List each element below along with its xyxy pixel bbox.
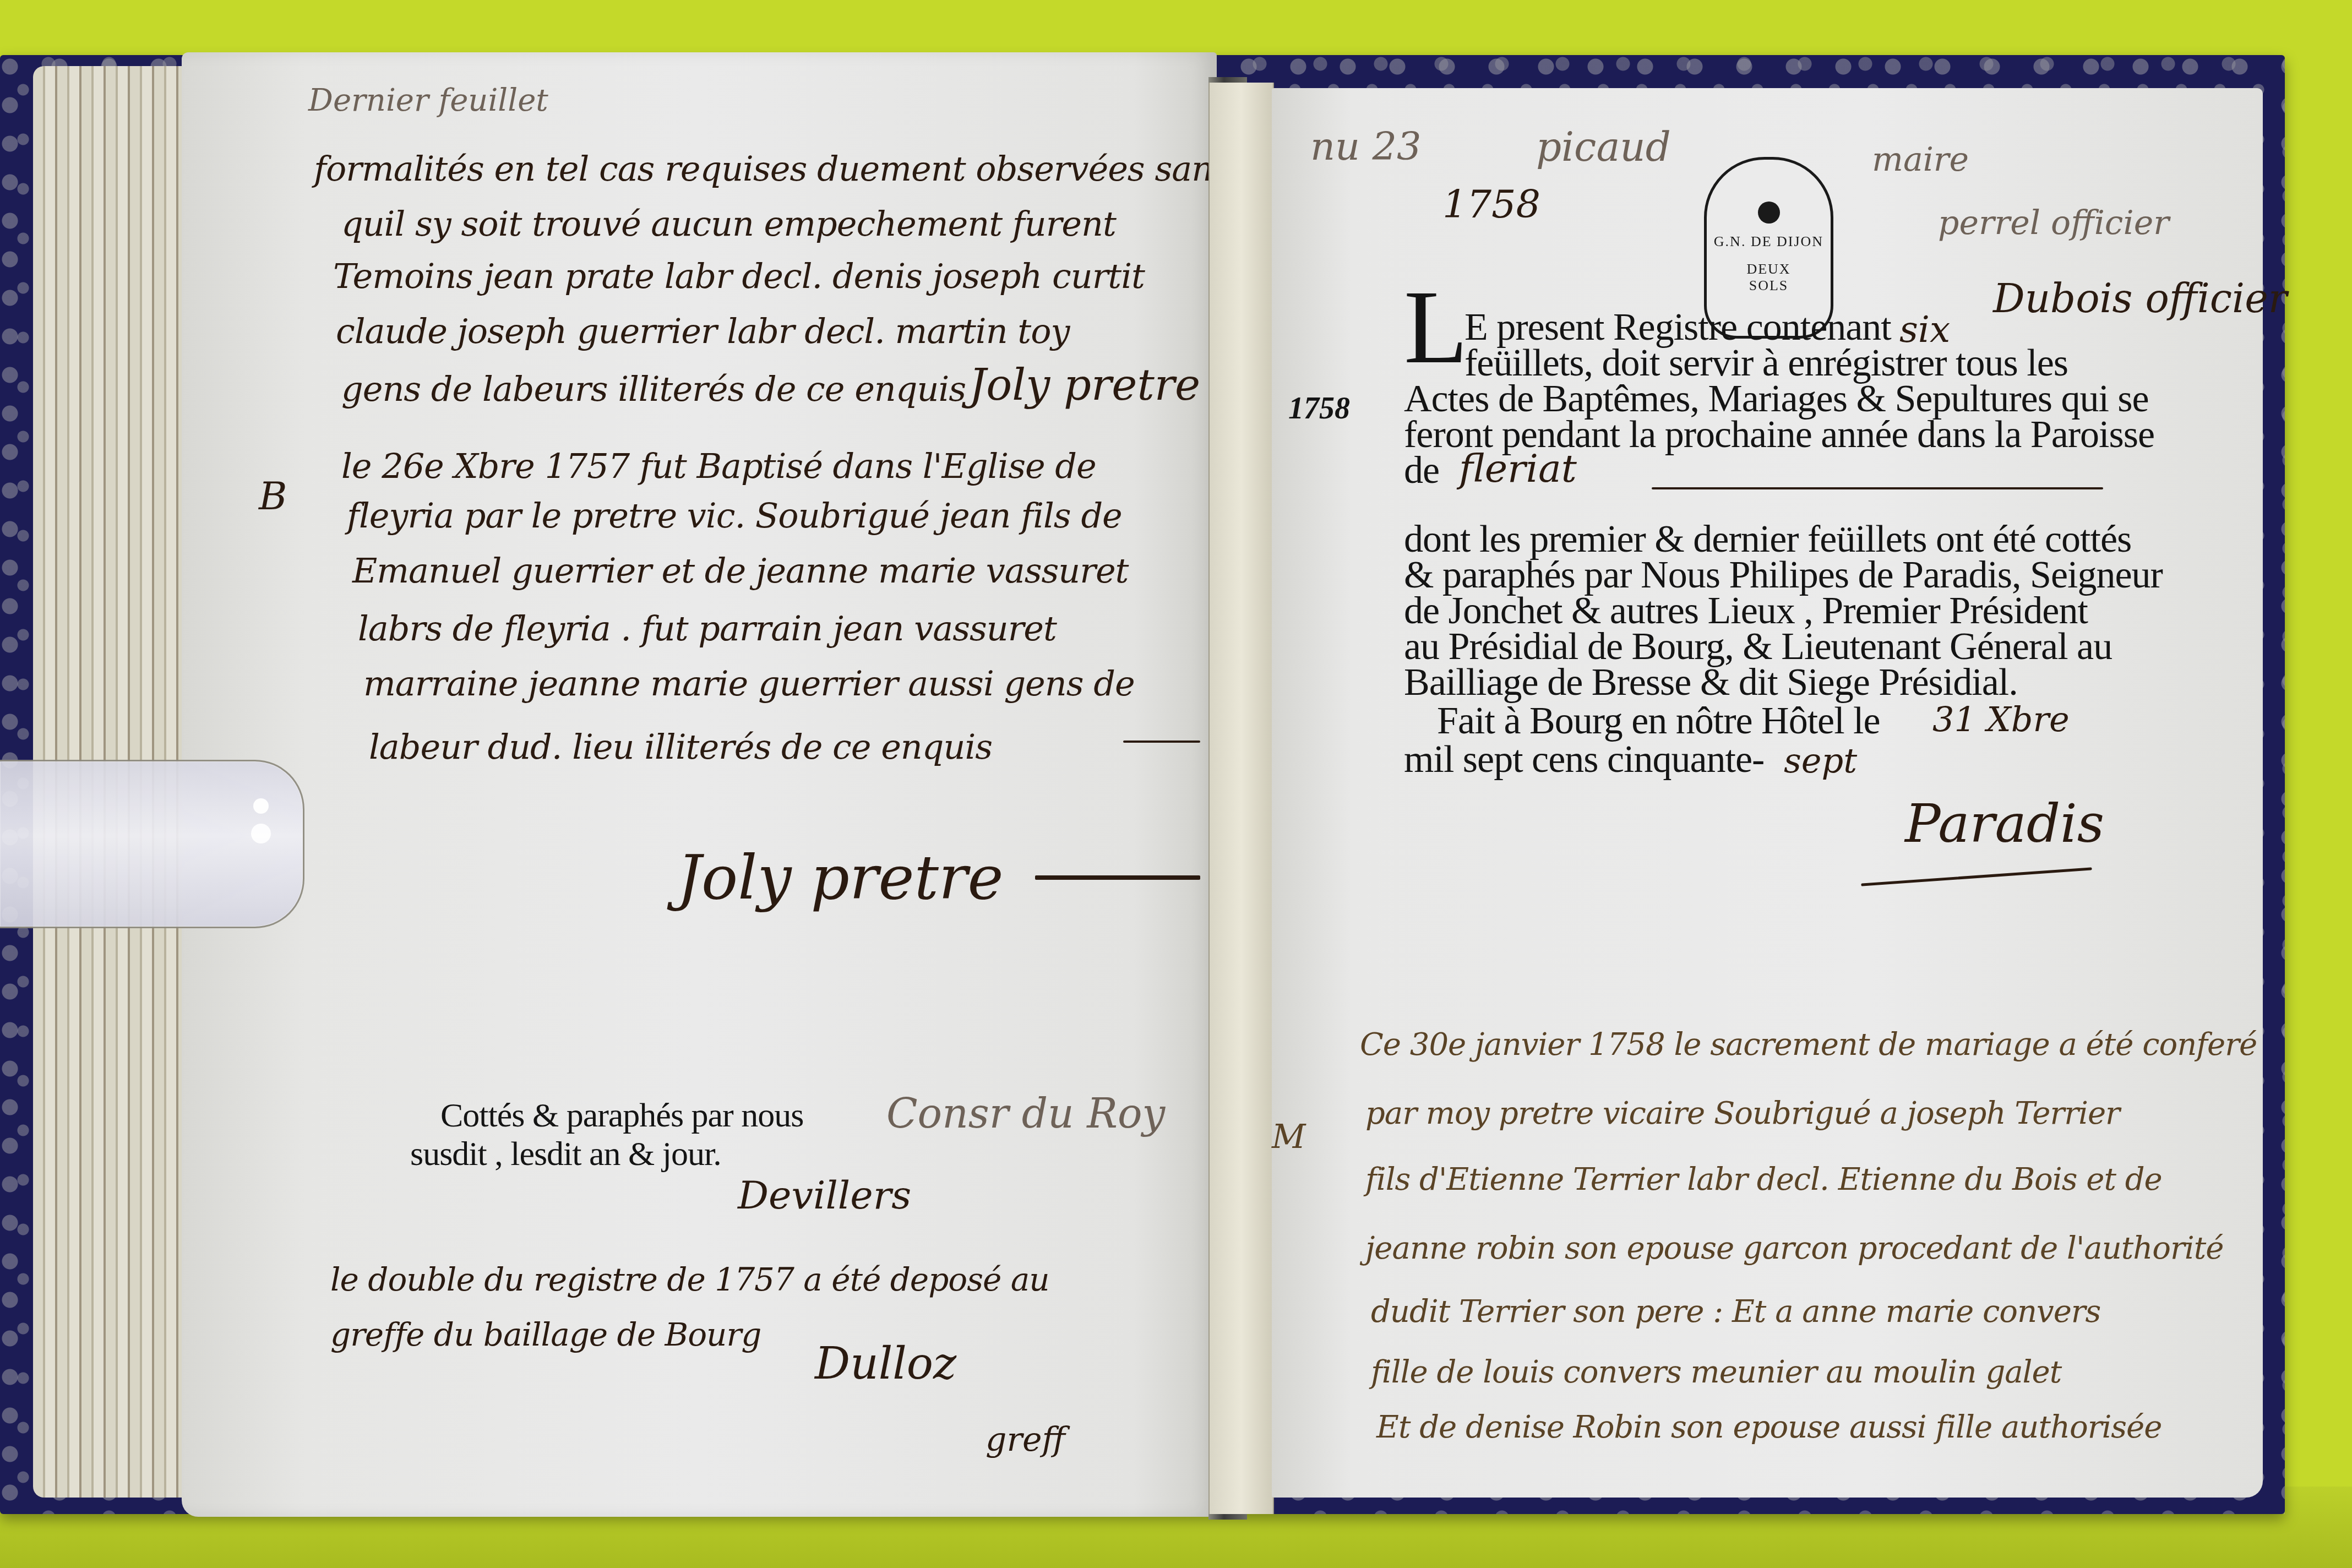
margin-note-top: Dernier feuillet: [308, 83, 548, 118]
printed-line: E present Registre contenant: [1464, 308, 1891, 347]
printed-closing-line: susdit , lesdit an & jour.: [410, 1137, 721, 1171]
entry-1-signature: Joly pretre: [969, 361, 1200, 410]
devillers-signature: Devillers: [738, 1173, 911, 1218]
paradis-signature: Paradis: [1905, 793, 2104, 854]
printed-line: mil sept cens cinquante-: [1404, 741, 1764, 779]
margin-year: 1758: [1288, 391, 1350, 426]
marriage-line: fils d'Etienne Terrier labr decl. Etienn…: [1365, 1162, 2162, 1197]
role-officier-1: perrel officier: [1938, 204, 2169, 242]
register-number: nu 23: [1310, 124, 1422, 169]
drop-cap: L: [1404, 275, 1468, 380]
stamp-value-2: SOLS: [1749, 277, 1789, 294]
entry-2-line: labeur dud. lieu illiterés de ce enquis: [369, 727, 992, 767]
greff-signature: greff: [986, 1420, 1065, 1459]
entry-2-line: marraine jeanne marie guerrier aussi gen…: [363, 663, 1135, 704]
entry-2-line: labrs de fleyria . fut parrain jean vass…: [358, 608, 1057, 649]
underline-stroke: [1123, 741, 1200, 743]
stamp-value-1: DEUX: [1746, 261, 1790, 277]
printed-line: Actes de Baptêmes, Mariages & Sepultures…: [1404, 380, 2149, 418]
printed-line: Bailliage de Bresse & dit Siege Présidia…: [1404, 663, 2018, 702]
signature-flourish: [1035, 875, 1200, 880]
printed-line: dont les premier & dernier feüillets ont…: [1404, 520, 2131, 559]
consr-du-roy: Consr du Roy: [886, 1090, 1165, 1137]
marriage-line: Ce 30e janvier 1758 le sacrement de mari…: [1360, 1027, 2257, 1063]
signing-year: sept: [1784, 741, 1857, 781]
entry-1-line: quil sy soit trouvé aucun empechement fu…: [341, 204, 1116, 244]
role-maire: maire: [1872, 140, 1969, 179]
entry-2-signature: Joly pretre: [677, 842, 1004, 913]
parish-name: fleriat: [1459, 446, 1577, 491]
marriage-line: jeanne robin son epouse garcon procedant…: [1365, 1231, 2223, 1266]
entry-1-line: claude joseph guerrier labr decl. martin…: [336, 311, 1070, 351]
binding-strip: [1208, 83, 1274, 1514]
printed-line: Fait à Bourg en nôtre Hôtel le: [1437, 702, 1880, 741]
dulloz-signature: Dulloz: [815, 1338, 956, 1389]
marriage-line: dudit Terrier son pere : Et a anne marie…: [1371, 1294, 2100, 1330]
entry-2-margin-letter: B: [259, 473, 287, 519]
deposit-line: le double du registre de 1757 a été depo…: [330, 1261, 1049, 1298]
deposit-line: greffe du baillage de Bourg: [330, 1316, 761, 1353]
parish-underline: [1652, 487, 2103, 489]
printed-line: feüillets, doit servir à enrégistrer tou…: [1464, 344, 2068, 383]
clip-reflection: [253, 798, 269, 814]
plastic-page-clip: [0, 760, 304, 928]
printed-line: de: [1404, 451, 1439, 490]
printed-line: de Jonchet & autres Lieux , Premier Prés…: [1404, 592, 2088, 630]
entry-2-line: Emanuel guerrier et de jeanne marie vass…: [352, 551, 1129, 591]
marriage-margin-letter: M: [1272, 1118, 1305, 1156]
entry-1-line: gens de labeurs illiterés de ce enquis: [341, 369, 966, 409]
entry-2-line: le 26e Xbre 1757 fut Baptisé dans l'Egli…: [341, 446, 1096, 486]
marriage-line: fille de louis convers meunier au moulin…: [1371, 1354, 2061, 1390]
printed-line: au Présidial de Bourg, & Lieutenant Géne…: [1404, 628, 2112, 666]
crown-icon: [1758, 202, 1780, 224]
entry-1-line: formalités en tel cas requises duement o…: [314, 149, 1230, 189]
marriage-line: par moy pretre vicaire Soubrigué a josep…: [1365, 1096, 2120, 1131]
marriage-line: Et de denise Robin son epouse aussi fill…: [1376, 1409, 2162, 1445]
printed-line: & paraphés par Nous Philipes de Paradis,…: [1404, 556, 2163, 595]
header-year: 1758: [1442, 182, 1540, 227]
signing-date: 31 Xbre: [1932, 699, 2070, 739]
printed-closing-line: Cottés & paraphés par nous: [440, 1098, 803, 1133]
mayor-name: picaud: [1536, 124, 1671, 170]
stamp-top-text: G.N. DE DIJON: [1714, 233, 1823, 250]
entry-1-line: Temoins jean prate labr decl. denis jose…: [333, 256, 1145, 296]
entry-2-line: fleyria par le pretre vic. Soubrigué jea…: [347, 496, 1122, 536]
role-officier-2: Dubois officier: [1993, 275, 2287, 322]
